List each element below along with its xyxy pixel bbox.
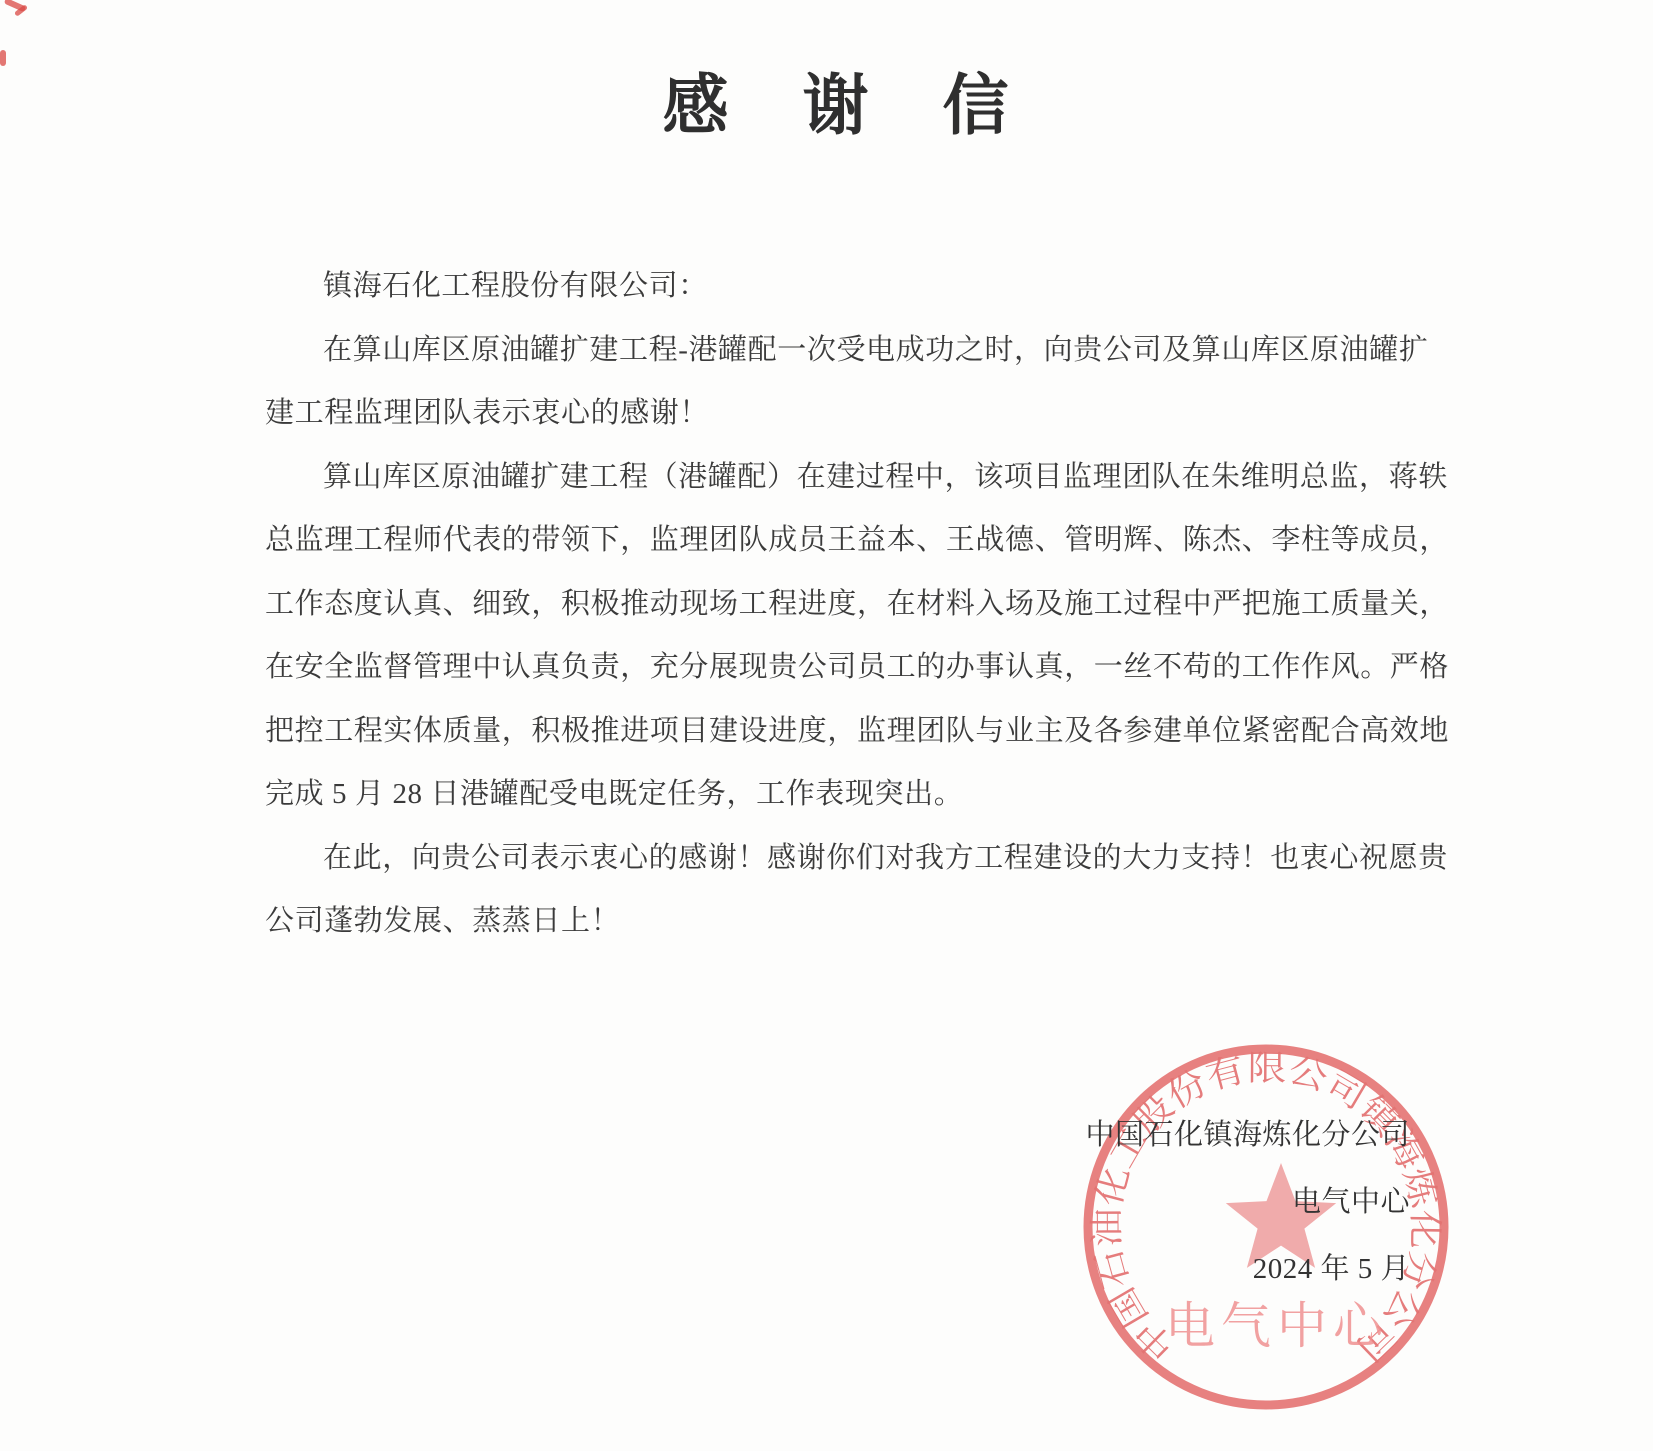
letter-line: 工作态度认真、细致，积极推动现场工程进度，在材料入场及施工过程中严把施工质量关，	[265, 570, 1415, 634]
letter-line: 在此，向贵公司表示衷心的感谢！感谢你们对我方工程建设的大力支持！也衷心祝愿贵	[265, 824, 1415, 888]
salutation: 镇海石化工程股份有限公司：	[265, 252, 1415, 316]
signature-date: 2024 年 5 月	[1253, 1246, 1410, 1287]
letter-line: 在安全监督管理中认真负责，充分展现贵公司员工的办事认真，一丝不苟的工作作风。严格	[265, 633, 1415, 697]
thank-you-letter-page: 感 谢 信 镇海石化工程股份有限公司： 在算山库区原油罐扩建工程-港罐配一次受电…	[0, 0, 1653, 1451]
company-seal-stamp: 中国石油化工股份有限公司镇海炼化分公司 电气中心	[1066, 1027, 1466, 1427]
scan-artifact-mark	[0, 50, 6, 66]
signature-department: 电气中心	[1292, 1179, 1410, 1220]
seal-center-text: 电气中心	[1165, 1298, 1389, 1354]
letter-line: 建工程监理团队表示衷心的感谢！	[265, 379, 1415, 443]
letter-line: 完成 5 月 28 日港罐配受电既定任务，工作表现突出。	[265, 760, 1415, 824]
letter-line: 在算山库区原油罐扩建工程-港罐配一次受电成功之时，向贵公司及算山库区原油罐扩	[265, 316, 1415, 380]
signature-company: 中国石化镇海炼化分公司	[1085, 1112, 1410, 1153]
letter-line: 算山库区原油罐扩建工程（港罐配）在建过程中，该项目监理团队在朱维明总监，蒋轶	[265, 443, 1415, 507]
letter-title: 感 谢 信	[265, 52, 1410, 147]
letter-line: 把控工程实体质量，积极推进项目建设进度，监理团队与业主及各参建单位紧密配合高效地	[265, 697, 1415, 761]
letter-line: 公司蓬勃发展、蒸蒸日上！	[265, 887, 1415, 951]
letter-body: 镇海石化工程股份有限公司： 在算山库区原油罐扩建工程-港罐配一次受电成功之时，向…	[265, 252, 1415, 951]
letter-line: 总监理工程师代表的带领下，监理团队成员王益本、王战德、管明辉、陈杰、李柱等成员，	[265, 506, 1415, 570]
